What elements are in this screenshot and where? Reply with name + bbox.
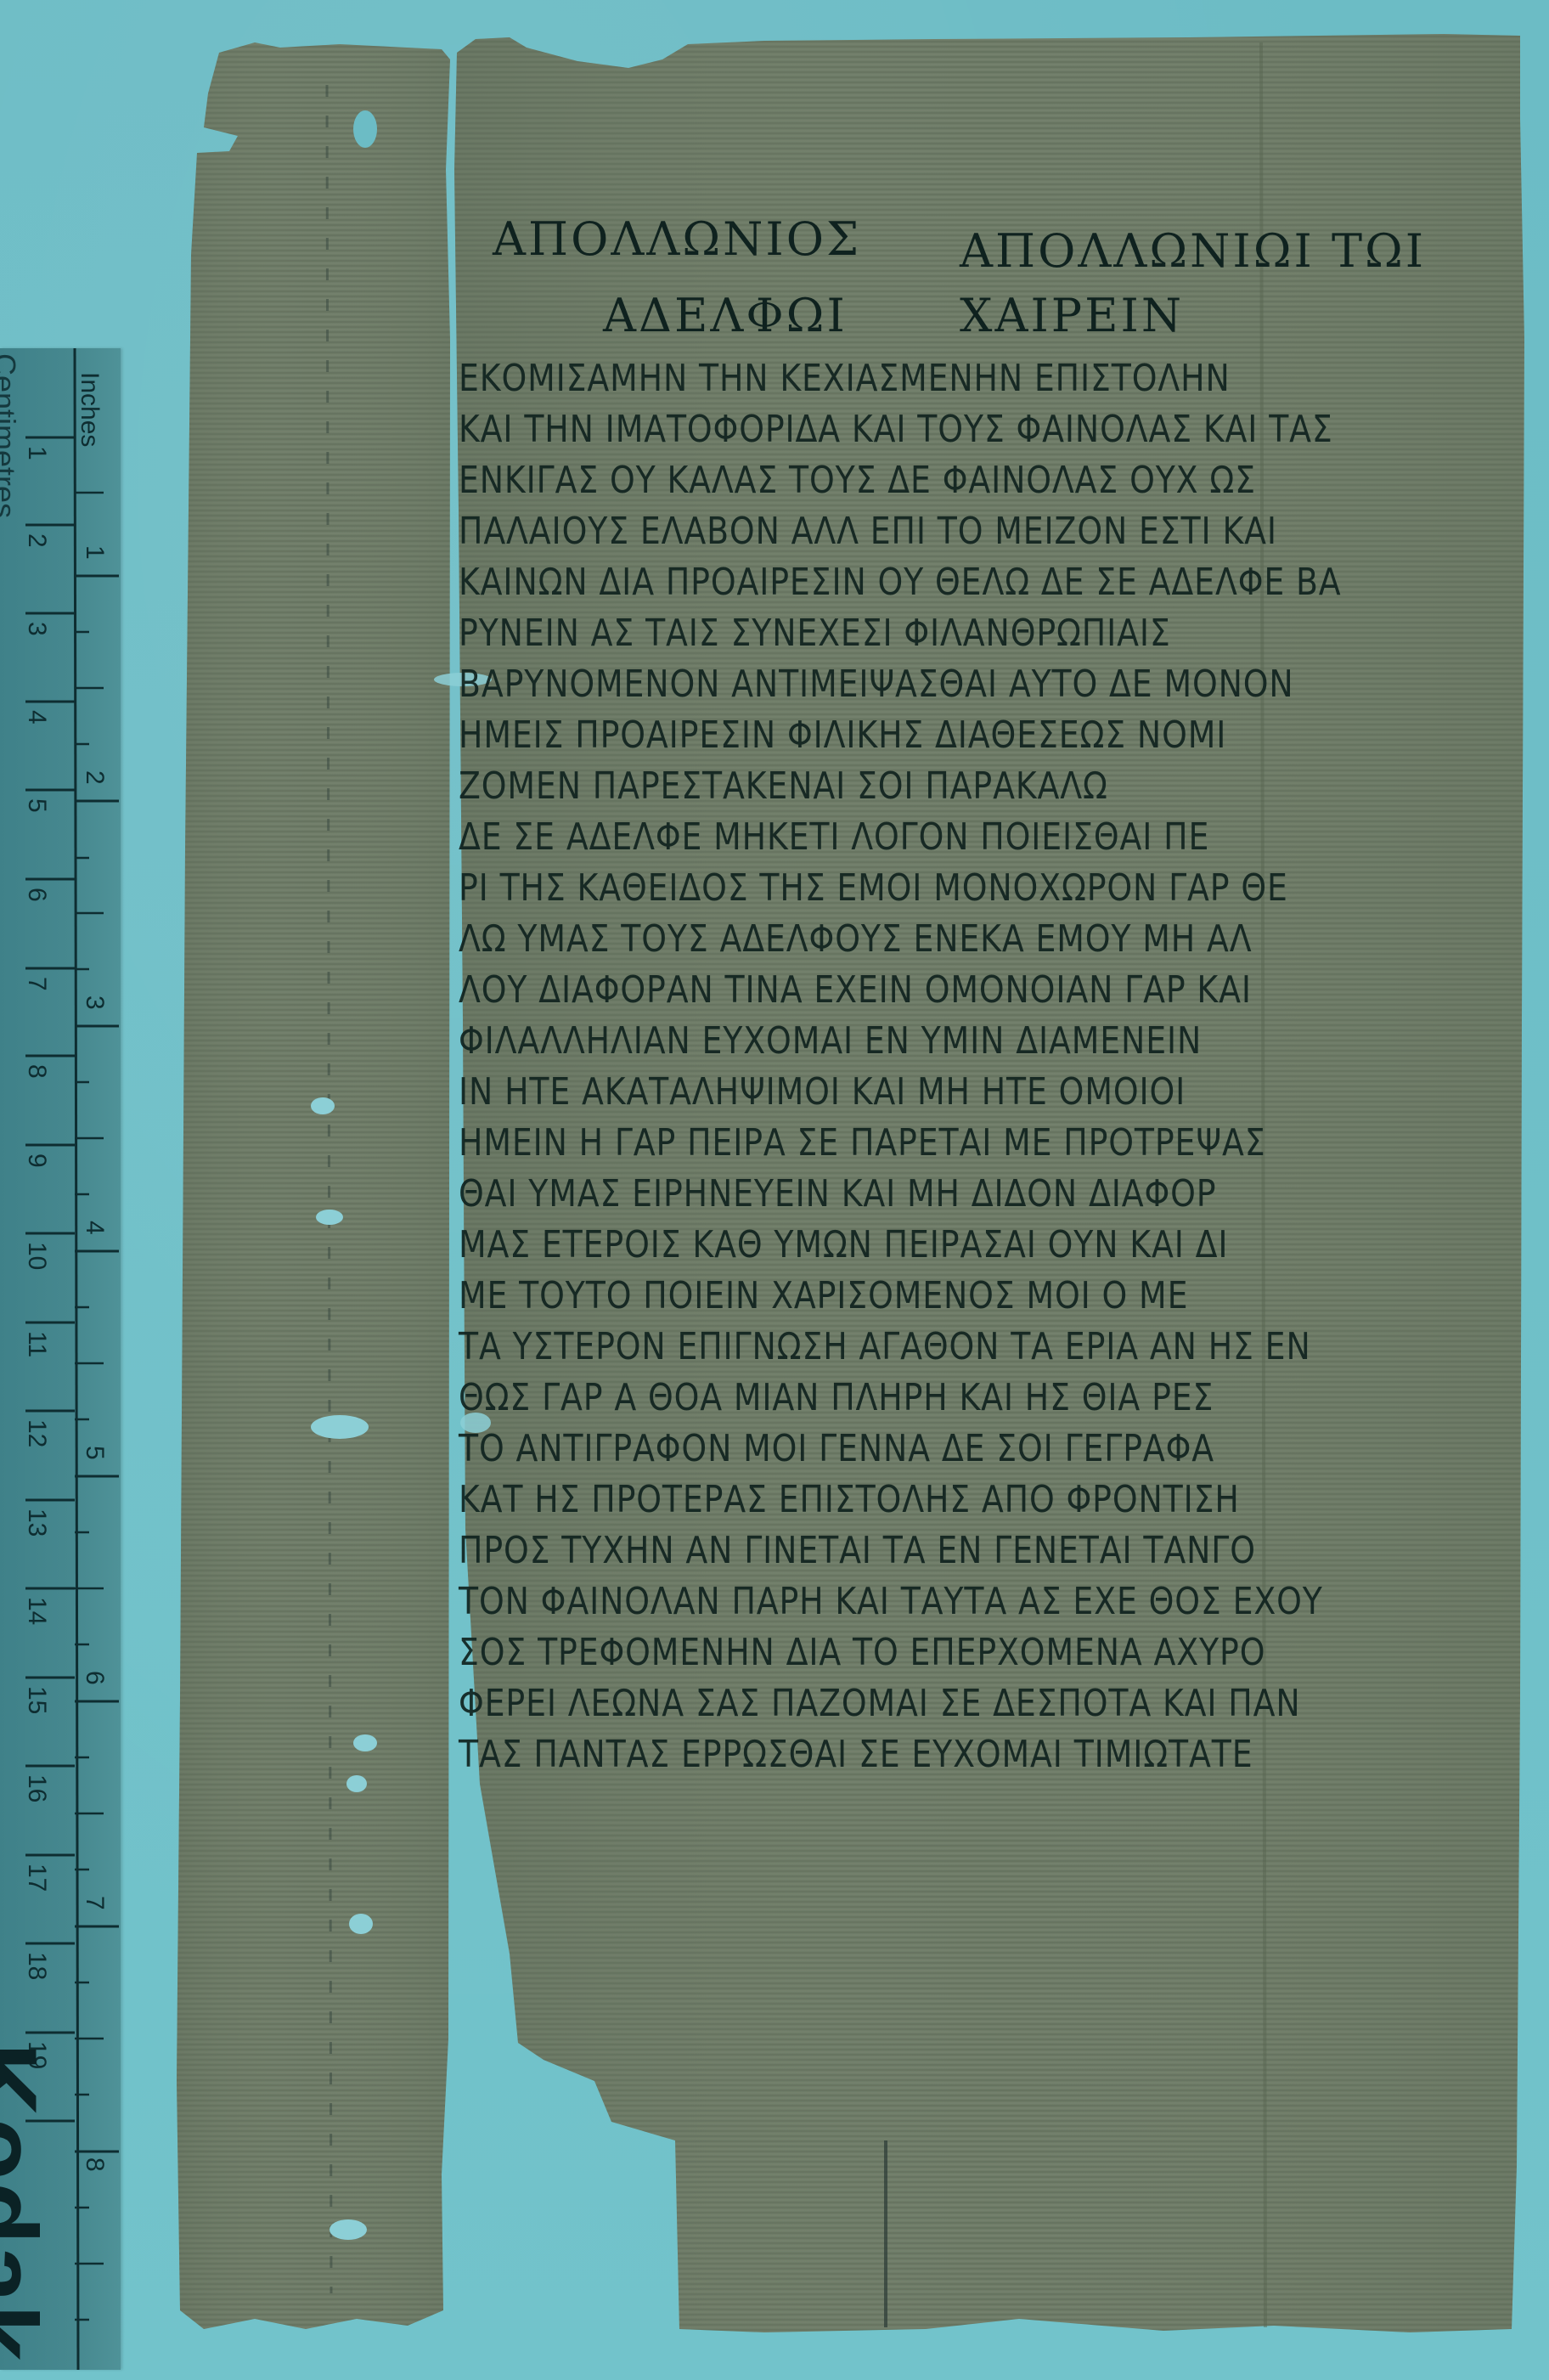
letter-sender: ΑΠΟΛΛΩΝΙΟΣ [493,212,861,266]
letter-line: ΠΡΟΣ ΤΥΧΗΝ ΑΝ ΓΙΝΕΤΑΙ ΤΑ ΕΝ ΓΕΝΕΤΑΙ ΤΑΝΓ… [459,1529,1256,1572]
letter-line: ΛΟΥ ΔΙΑΦΟΡΑΝ ΤΙΝΑ ΕΧΕΙΝ ΟΜΟΝΟΙΑΝ ΓΑΡ ΚΑΙ [459,968,1252,1012]
letter-line: ΗΜΕΙΣ ΠΡΟΑΙΡΕΣΙΝ ΦΙΛΙΚΗΣ ΔΙΑΘΕΣΕΩΣ ΝΟΜΙ [459,713,1226,757]
letter-relation: ΑΔΕΛΦΩΙ [603,289,848,342]
ruler-cm-mark: 8 [22,1064,51,1079]
ruler-cm-mark: 5 [22,798,51,813]
ruler-inch-mark: 3 [80,995,109,1010]
letter-line: ΚΑΙΝΩΝ ΔΙΑ ΠΡΟΑΙΡΕΣΙΝ ΟΥ ΘΕΛΩ ΔΕ ΣΕ ΑΔΕΛ… [459,561,1342,604]
ruler-cm-mark: 1 [22,446,51,460]
ruler-inch-mark: 8 [80,2157,109,2172]
letter-line: ΤΑ ΥΣΤΕΡΟΝ ΕΠΙΓΝΩΣΗ ΑΓΑΘΟΝ ΤΑ ΕΡΙΑ ΑΝ ΗΣ… [459,1325,1311,1368]
letter-line: ΡΙ ΤΗΣ ΚΑΘΕΙΔΟΣ ΤΗΣ ΕΜΟΙ ΜΟΝΟΧΩΡΟΝ ΓΑΡ Θ… [459,866,1288,910]
ruler-centimetres-title: Centimetres [0,353,22,518]
ruler-cm-mark: 11 [22,1331,51,1357]
letter-line: ΛΩ ΥΜΑΣ ΤΟΥΣ ΑΔΕΛΦΟΥΣ ΕΝΕΚΑ ΕΜΟΥ ΜΗ ΑΛ [459,917,1252,961]
ruler-inches-label: Inches [75,372,104,447]
letter-line: ΔΕ ΣΕ ΑΔΕΛΦΕ ΜΗΚΕΤΙ ΛΟΓΟΝ ΠΟΙΕΙΣΘΑΙ ΠΕ [459,815,1209,859]
letter-line: ΣΟΣ ΤΡΕΦΟΜΕΝΗΝ ΔΙΑ ΤΟ ΕΠΕΡΧΟΜΕΝΑ ΑΧΥΡΟ [459,1631,1265,1674]
ruler-inch-mark: 6 [80,1671,109,1685]
letter-line: ΒΑΡΥΝΟΜΕΝΟΝ ΑΝΤΙΜΕΙΨΑΣΘΑΙ ΑΥΤΟ ΔΕ ΜΟΝΟΝ [459,663,1294,706]
letter-line: ΚΑΙ ΤΗΝ ΙΜΑΤΟΦΟΡΙΔΑ ΚΑΙ ΤΟΥΣ ΦΑΙΝΟΛΑΣ ΚΑ… [459,408,1333,451]
letter-line: ΜΑΣ ΕΤΕΡΟΙΣ ΚΑΘ ΥΜΩΝ ΠΕΙΡΑΣΑΙ ΟΥΝ ΚΑΙ ΔΙ [459,1223,1228,1266]
ruler-inch-mark: 5 [80,1446,109,1460]
ruler-cm-mark: 4 [22,710,51,725]
ruler-cm-mark: 18 [22,1952,51,1980]
letter-line: ΘΩΣ ΓΑΡ Α ΘΟΑ ΜΙΑΝ ΠΛΗΡΗ ΚΑΙ ΗΣ ΘΙΑ ΡΕΣ [459,1376,1214,1419]
letter-line: ΖΟΜΕΝ ΠΑΡΕΣΤΑΚΕΝΑΙ ΣΟΙ ΠΑΡΑΚΑΛΩ [459,764,1108,808]
letter-line: ΤΟΝ ΦΑΙΝΟΛΑΝ ΠΑΡΗ ΚΑΙ ΤΑΥΤΑ ΑΣ ΕΧΕ ΘΟΣ Ε… [459,1580,1323,1623]
letter-line: ΦΕΡΕΙ ΛΕΩΝΑ ΣΑΣ ΠΑΖΟΜΑΙ ΣΕ ΔΕΣΠΟΤΑ ΚΑΙ Π… [459,1682,1301,1725]
letter-greeting: ΧΑΙΡΕΙΝ [960,289,1184,342]
ruler-cm-mark: 17 [22,1864,51,1892]
ruler-cm-mark: 7 [22,977,51,991]
ruler-cm-mark: 3 [22,622,51,636]
papyrus-sheet: ΑΠΟΛΛΩΝΙΟΣ ΑΠΟΛΛΩΝΙΩΙ ΤΩΙ ΑΔΕΛΦΩΙ ΧΑΙΡΕΙ… [0,0,1549,2380]
letter-line: ΦΙΛΑΛΛΗΛΙΑΝ ΕΥΧΟΜΑΙ ΕΝ ΥΜΙΝ ΔΙΑΜΕΝΕΙΝ [459,1019,1202,1063]
letter-line: ΠΑΛΑΙΟΥΣ ΕΛΑΒΟΝ ΑΛΛ ΕΠΙ ΤΟ ΜΕΙΖΟΝ ΕΣΤΙ Κ… [459,510,1277,553]
letter-line: ΤΑΣ ΠΑΝΤΑΣ ΕΡΡΩΣΘΑΙ ΣΕ ΕΥΧΟΜΑΙ ΤΙΜΙΩΤΑΤΕ [459,1733,1253,1776]
ruler-cm-mark: 9 [22,1153,51,1168]
letter-line: ΕΝΚΙΓΑΣ ΟΥ ΚΑΛΑΣ ΤΟΥΣ ΔΕ ΦΑΙΝΟΛΑΣ ΟΥΧ ΩΣ [459,459,1256,502]
ruler-cm-mark: 15 [22,1686,51,1714]
letter-recipient: ΑΠΟΛΛΩΝΙΩΙ ΤΩΙ [960,224,1426,278]
letter-line: ΕΚΟΜΙΣΑΜΗΝ ΤΗΝ ΚΕΧΙΑΣΜΕΝΗΝ ΕΠΙΣΤΟΛΗΝ [459,357,1231,400]
ruler-cm-mark: 13 [22,1509,51,1537]
ruler-cm-mark: 10 [22,1242,51,1270]
letter-line: ΤΟ ΑΝΤΙΓΡΑΦΟΝ ΜΟΙ ΓΕΝΝΑ ΔΕ ΣΟΙ ΓΕΓΡΑΦΑ [459,1427,1214,1470]
ruler-inch-mark: 4 [80,1221,109,1235]
measuring-ruler: Centimetres Inches 1 2 3 4 5 6 7 8 9 10 … [0,348,121,2370]
ruler-cm-mark: 2 [22,533,51,548]
ruler-inch-mark: 7 [80,1896,109,1910]
ruler-brand-logo: Kodak [0,2043,59,2363]
letter-line: ΡΥΝΕΙΝ ΑΣ ΤΑΙΣ ΣΥΝΕΧΕΣΙ ΦΙΛΑΝΘΡΩΠΙΑΙΣ [459,612,1171,655]
ruler-cm-mark: 6 [22,888,51,902]
ruler-cm-mark: 12 [22,1419,51,1447]
ruler-cm-mark: 16 [22,1774,51,1802]
ruler-cm-mark: 14 [22,1597,51,1625]
ruler-inch-mark: 2 [80,770,109,785]
letter-line: ΗΜΕΙΝ Η ΓΑΡ ΠΕΙΡΑ ΣΕ ΠΑΡΕΤΑΙ ΜΕ ΠΡΟΤΡΕΨΑ… [459,1121,1265,1165]
letter-line: ΜΕ ΤΟΥΤΟ ΠΟΙΕΙΝ ΧΑΡΙΣΟΜΕΝΟΣ ΜΟΙ Ο ΜΕ [459,1274,1188,1317]
letter-line: ΚΑΤ ΗΣ ΠΡΟΤΕΡΑΣ ΕΠΙΣΤΟΛΗΣ ΑΠΟ ΦΡΟΝΤΙΣΗ [459,1478,1240,1521]
letter-line: ΙΝ ΗΤΕ ΑΚΑΤΑΛΗΨΙΜΟΙ ΚΑΙ ΜΗ ΗΤΕ ΟΜΟΙΟΙ [459,1070,1186,1114]
ruler-inch-mark: 1 [80,545,109,560]
letter-line: ΘΑΙ ΥΜΑΣ ΕΙΡΗΝΕΥΕΙΝ ΚΑΙ ΜΗ ΔΙΔΟΝ ΔΙΑΦΟΡ [459,1172,1216,1215]
